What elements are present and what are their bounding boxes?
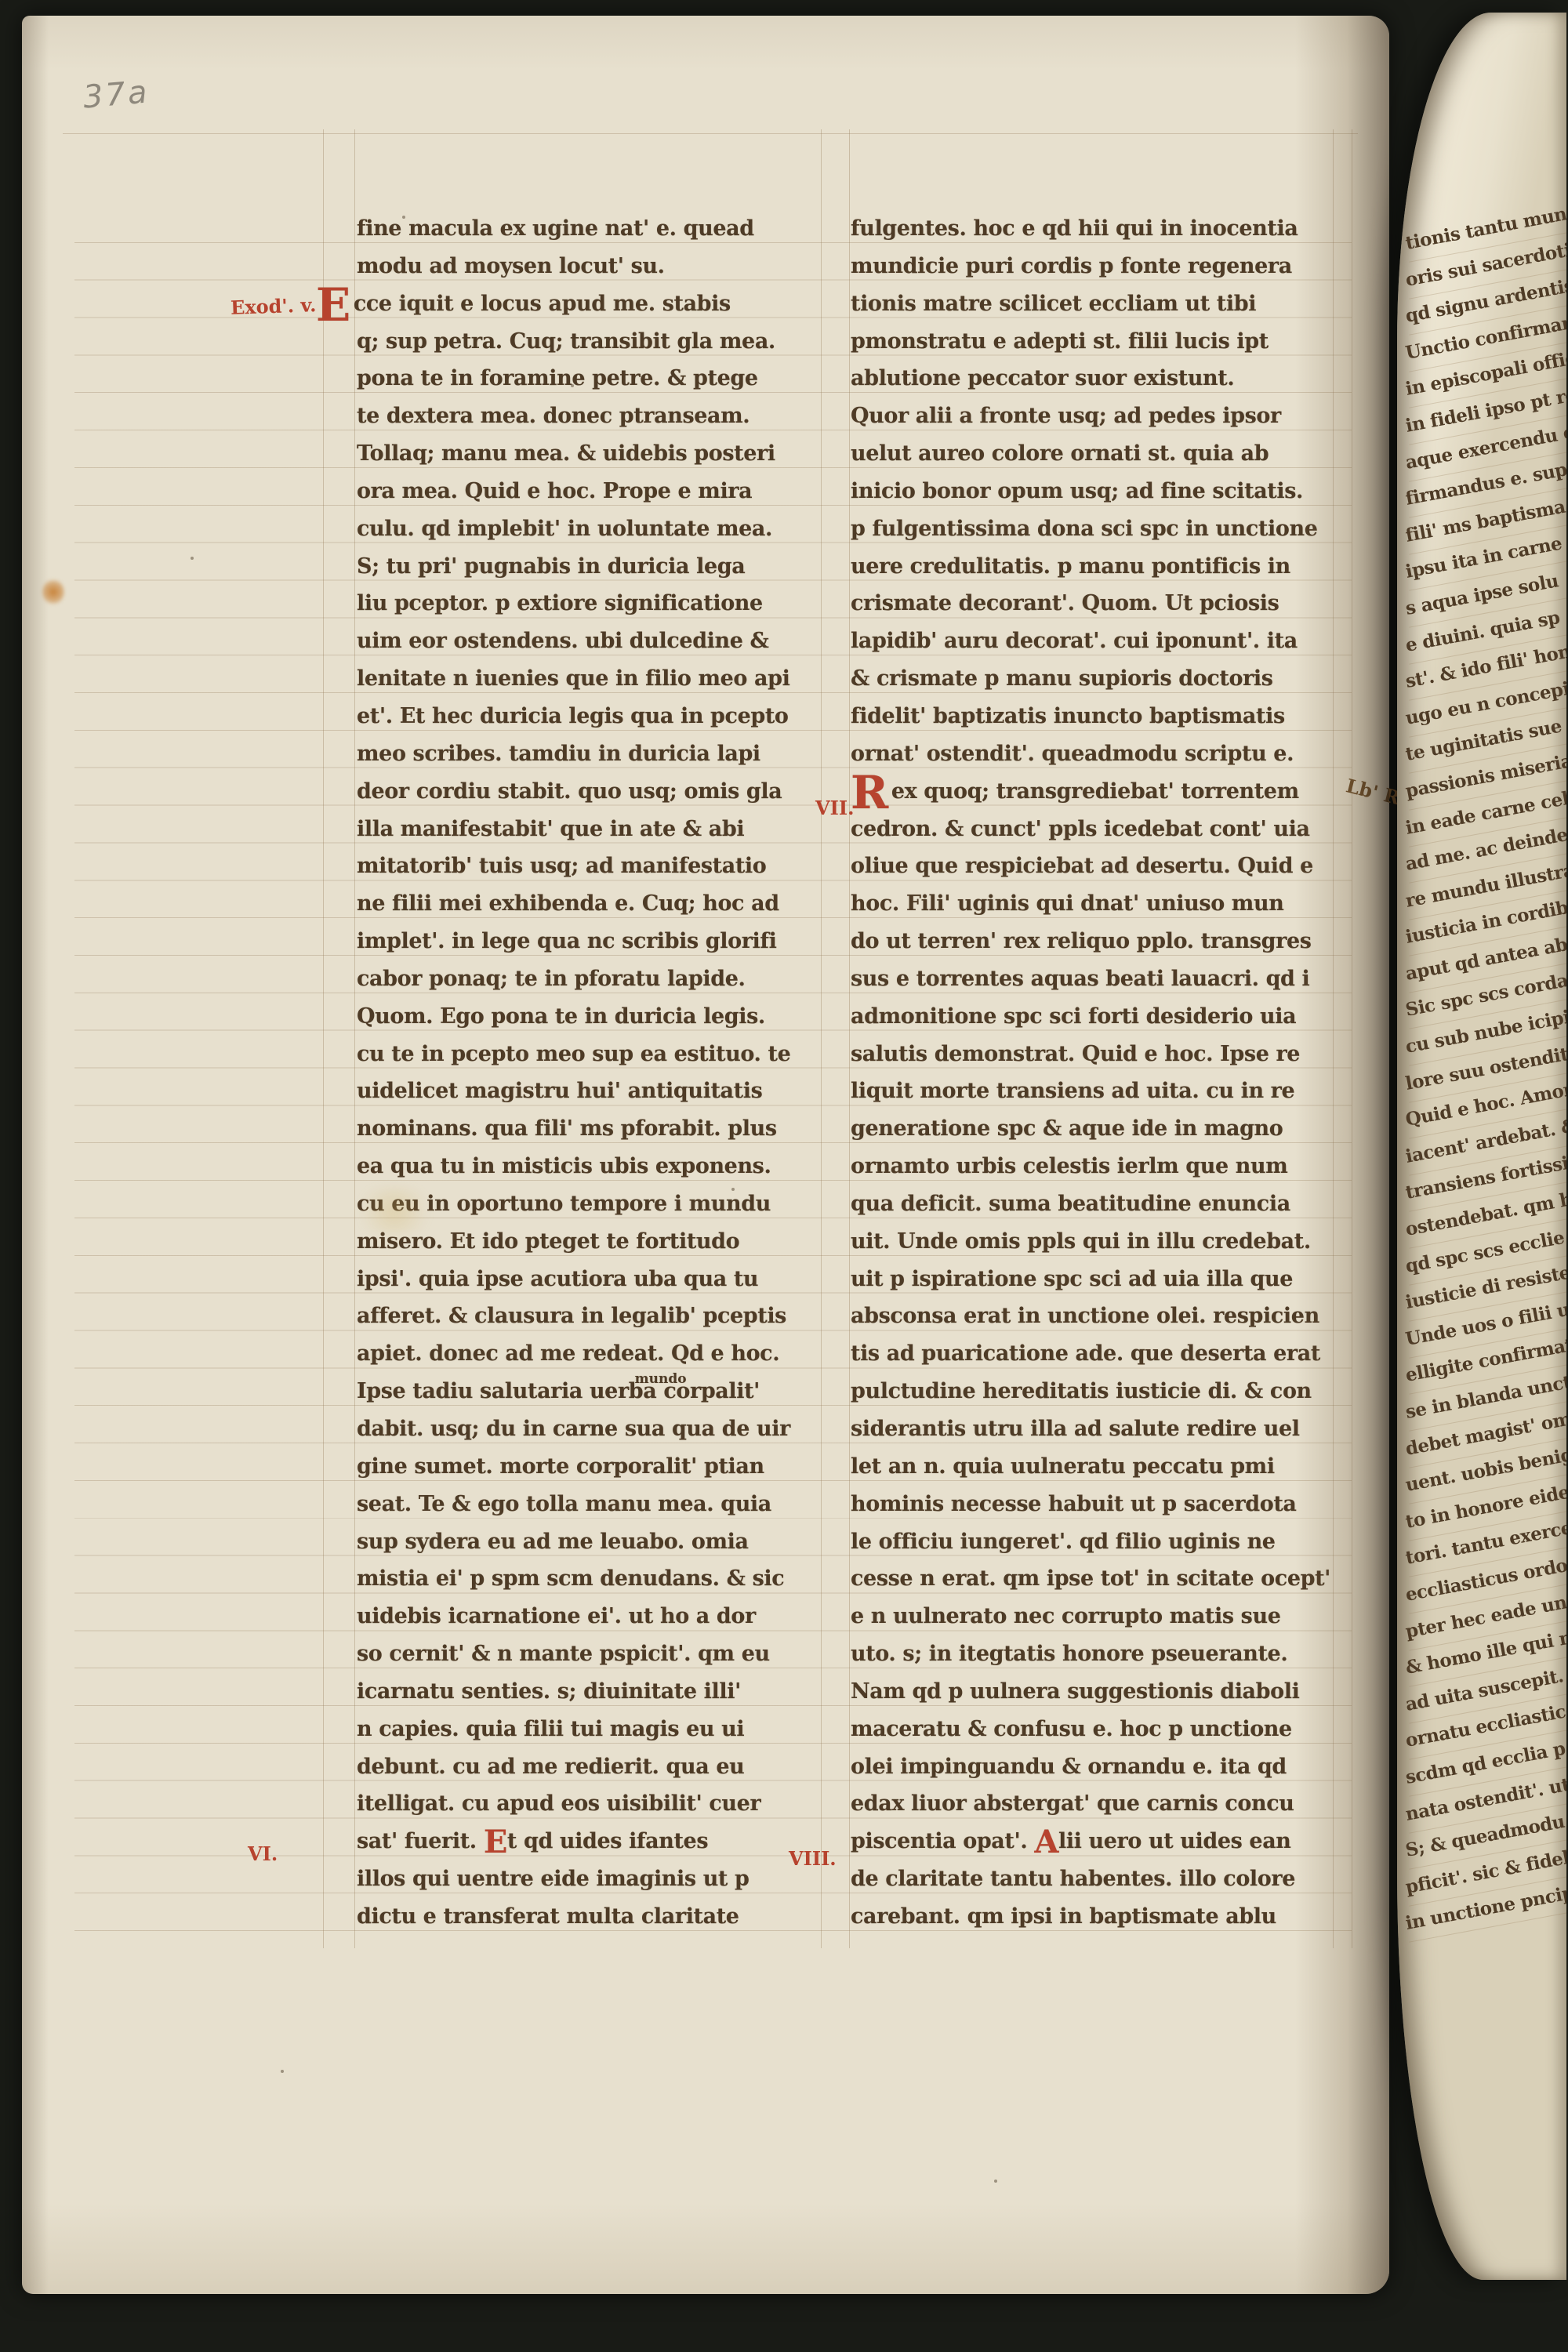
text-line: apiet. donec ad me redeat. Qd e hoc. bbox=[357, 1335, 805, 1373]
chapter-number-vi: VI. bbox=[248, 1842, 278, 1865]
text-line: hominis necesse habuit ut p sacerdota bbox=[851, 1486, 1343, 1523]
text-line: pmonstratu e adepti st. filii lucis ipt bbox=[851, 323, 1343, 361]
text-line: fulgentes. hoc e qd hii qui in inocentia bbox=[851, 210, 1343, 248]
text-line: ne filii mei exhibenda e. Cuq; hoc ad bbox=[357, 885, 805, 923]
text-line: le officiu iungeret'. qd filio uginis ne bbox=[851, 1523, 1343, 1561]
stain bbox=[42, 579, 64, 605]
text-line: Nam qd p uulnera suggestionis diaboli bbox=[851, 1673, 1343, 1711]
text-line: ablutione peccator suor existunt. bbox=[851, 360, 1343, 397]
text-line: so cernit' & n mante pspicit'. qm eu bbox=[357, 1635, 805, 1673]
speck bbox=[994, 2180, 997, 2183]
text-line: pulctudine hereditatis iusticie di. & co… bbox=[851, 1373, 1343, 1410]
text-line: te dextera mea. donec ptranseam. bbox=[357, 397, 805, 435]
text-line: illa manifestabit' que in ate & abi bbox=[357, 811, 805, 848]
text-column-1: fine macula ex ugine nat' e. queadmodu a… bbox=[357, 210, 805, 1936]
next-page-text: tionis tantu mundatoris sui sacerdotis n… bbox=[1406, 226, 1566, 1943]
text-line: de claritate tantu habentes. illo colore bbox=[851, 1860, 1343, 1898]
text-line: e n uulnerato nec corrupto matis sue bbox=[851, 1598, 1343, 1635]
text-line: lenitate n iuenies que in filio meo api bbox=[357, 660, 805, 698]
text-line: ora mea. Quid e hoc. Prope e mira bbox=[357, 473, 805, 510]
speck bbox=[281, 2070, 284, 2073]
text-line: maceratu & confusu e. hoc p unctione bbox=[851, 1711, 1343, 1748]
text-line: cesse n erat. qm ipse tot' in scitate oc… bbox=[851, 1560, 1343, 1598]
text-line: ea qua tu in misticis ubis exponens. bbox=[357, 1148, 805, 1185]
text-line: uim eor ostendens. ubi dulcedine & bbox=[357, 622, 805, 660]
text-line: fidelit' baptizatis inuncto baptismatis bbox=[851, 698, 1343, 735]
text-line: olei impinguandu & ornandu e. ita qd bbox=[851, 1748, 1343, 1786]
speck bbox=[731, 1188, 735, 1191]
text-line: fine macula ex ugine nat' e. quead bbox=[357, 210, 805, 248]
folio-number: 37a bbox=[82, 74, 151, 115]
rubric-initial: A bbox=[1034, 1824, 1058, 1860]
text-line: et'. Et hec duricia legis qua in pcepto bbox=[357, 698, 805, 735]
text-line: uit. Unde omis ppls qui in illu credebat… bbox=[851, 1223, 1343, 1261]
rubric-exodus-note: Exod'. v. bbox=[230, 293, 317, 319]
text-line: qua deficit. suma beatitudine enuncia bbox=[851, 1185, 1343, 1223]
ruling-vertical-line bbox=[323, 129, 324, 1948]
text-line: uelut aureo colore ornati st. quia ab bbox=[851, 435, 1343, 473]
manuscript-photo: { "photo": { "background_color": "#191b1… bbox=[0, 0, 1568, 2352]
text-line: lapidib' auru decorat'. cui iponunt'. it… bbox=[851, 622, 1343, 660]
text-line: n capies. quia filii tui magis eu ui bbox=[357, 1711, 805, 1748]
text-line: debunt. cu ad me redierit. qua eu bbox=[357, 1748, 805, 1786]
text-line: cu te in pcepto meo sup ea estituo. te bbox=[357, 1036, 805, 1073]
text-line: absconsa erat in unctione olei. respicie… bbox=[851, 1298, 1343, 1335]
text-line: do ut terren' rex reliquo pplo. transgre… bbox=[851, 923, 1343, 960]
text-line: siderantis utru illa ad salute redire ue… bbox=[851, 1410, 1343, 1448]
text-line: liquit morte transiens ad uita. cu in re bbox=[851, 1073, 1343, 1110]
text-line: hoc. Fili' uginis qui dnat' uniuso mun bbox=[851, 885, 1343, 923]
rubric-initial: E bbox=[316, 278, 350, 332]
stain bbox=[351, 1188, 437, 1235]
ruling-vertical-line bbox=[1352, 129, 1352, 1948]
text-line: q; sup petra. Cuq; transibit gla mea. bbox=[357, 323, 805, 361]
text-line: S; tu pri' pugnabis in duricia lega bbox=[357, 548, 805, 586]
text-line: cabor ponaq; te in pforatu lapide. bbox=[357, 960, 805, 998]
text-line: afferet. & clausura in legalib' pceptis bbox=[357, 1298, 805, 1335]
text-line: uidebis icarnatione ei'. ut ho a dor bbox=[357, 1598, 805, 1635]
text-line: tionis matre scilicet eccliam ut tibi bbox=[851, 285, 1343, 323]
rubric-initial: E bbox=[484, 1824, 507, 1860]
text-line: let an n. quia uulneratu peccatu pmi bbox=[851, 1448, 1343, 1486]
text-line: uto. s; in itegtatis honore pseuerante. bbox=[851, 1635, 1343, 1673]
text-line: inicio bonor opum usq; ad fine scitatis. bbox=[851, 473, 1343, 510]
text-line: & crismate p manu supioris doctoris bbox=[851, 660, 1343, 698]
text-line: uere credulitatis. p manu pontificis in bbox=[851, 548, 1343, 586]
ruling-top-line bbox=[63, 133, 1358, 134]
text-line: edax liuor abstergat' que carnis concu bbox=[851, 1785, 1343, 1823]
text-line: crismate decorant'. Quom. Ut pciosis bbox=[851, 585, 1343, 622]
text-line: p fulgentissima dona sci spc in unctione bbox=[851, 510, 1343, 548]
text-line: dictu e transferat multa claritate bbox=[357, 1898, 805, 1936]
text-line: Ecce iquit e locus apud me. stabis bbox=[357, 285, 805, 323]
ruling-vertical-line bbox=[821, 129, 822, 1948]
interlinear-gloss: mundo bbox=[635, 1361, 687, 1399]
text-line: implet'. in lege qua nc scribis glorifi bbox=[357, 923, 805, 960]
text-line: generatione spc & aque ide in magno bbox=[851, 1110, 1343, 1148]
text-line: nominans. qua fili' ms pforabit. plus bbox=[357, 1110, 805, 1148]
text-line: piscentia opat'. Alii uero ut uides ean bbox=[851, 1823, 1343, 1860]
text-line: illos qui uentre eide imaginis ut p bbox=[357, 1860, 805, 1898]
text-line: carebant. qm ipsi in baptismate ablu bbox=[851, 1898, 1343, 1936]
text-line: gine sumet. morte corporalit' ptian bbox=[357, 1448, 805, 1486]
text-line: seat. Te & ego tolla manu mea. quia bbox=[357, 1486, 805, 1523]
ruling-vertical-line bbox=[354, 129, 355, 1948]
text-line: modu ad moysen locut' su. bbox=[357, 248, 805, 285]
speck bbox=[191, 557, 194, 560]
text-line: pona te in foramine petre. & ptege bbox=[357, 360, 805, 397]
chapter-number-vii: VII. bbox=[815, 797, 854, 819]
text-line: admonitione spc sci forti desiderio uia bbox=[851, 998, 1343, 1036]
text-line: mitatorib' tuis usq; ad manifestatio bbox=[357, 848, 805, 885]
text-line: tis ad puaricatione ade. que deserta era… bbox=[851, 1335, 1343, 1373]
text-line: Ipse tadiu salutaria uerba corpalit'mund… bbox=[357, 1373, 805, 1410]
text-line: liu pceptor. p extiore significatione bbox=[357, 585, 805, 622]
text-line: cedron. & cunct' ppls icedebat cont' uia bbox=[851, 811, 1343, 848]
text-line: icarnatu senties. s; diuinitate illi' bbox=[357, 1673, 805, 1711]
text-line: sat' fuerit. Et qd uides ifantes bbox=[357, 1823, 805, 1860]
text-line: ipsi'. quia ipse acutiora uba qua tu bbox=[357, 1261, 805, 1298]
manuscript-page: 37a Exod'. v. VI. VII. VIII. Lb' Reg' fi… bbox=[22, 16, 1389, 2294]
text-line: dabit. usq; du in carne sua qua de uir bbox=[357, 1410, 805, 1448]
text-line: deor cordiu stabit. quo usq; omis gla bbox=[357, 773, 805, 811]
text-line: Tollaq; manu mea. & uidebis posteri bbox=[357, 435, 805, 473]
text-line: sus e torrentes aquas beati lauacri. qd … bbox=[851, 960, 1343, 998]
text-line: uit p ispiratione spc sci ad uia illa qu… bbox=[851, 1261, 1343, 1298]
text-line: mistia ei' p spm scm denudans. & sic bbox=[357, 1560, 805, 1598]
text-line: mundicie puri cordis p fonte regenera bbox=[851, 248, 1343, 285]
speck bbox=[402, 216, 405, 219]
text-line: misero. Et ido pteget te fortitudo bbox=[357, 1223, 805, 1261]
text-line: meo scribes. tamdiu in duricia lapi bbox=[357, 735, 805, 773]
text-line: ornamto urbis celestis ierlm que num bbox=[851, 1148, 1343, 1185]
text-line: uidelicet magistru hui' antiquitatis bbox=[357, 1073, 805, 1110]
text-column-2: fulgentes. hoc e qd hii qui in inocentia… bbox=[851, 210, 1343, 1936]
text-line: culu. qd implebit' in uoluntate mea. bbox=[357, 510, 805, 548]
text-line: Rex quoq; transgrediebat' torrentem bbox=[851, 773, 1343, 811]
next-page-edge: tionis tantu mundatoris sui sacerdotis n… bbox=[1397, 13, 1566, 2280]
text-line: Quor alii a fronte usq; ad pedes ipsor bbox=[851, 397, 1343, 435]
text-line: oliue que respiciebat ad desertu. Quid e bbox=[851, 848, 1343, 885]
text-line: itelligat. cu apud eos uisibilit' cuer bbox=[357, 1785, 805, 1823]
text-line: ornat' ostendit'. queadmodu scriptu e. bbox=[851, 735, 1343, 773]
text-line: sup sydera eu ad me leuabo. omia bbox=[357, 1523, 805, 1561]
text-line: salutis demonstrat. Quid e hoc. Ipse re bbox=[851, 1036, 1343, 1073]
ruling-vertical-line bbox=[849, 129, 850, 1948]
text-line: Quom. Ego pona te in duricia legis. bbox=[357, 998, 805, 1036]
speck bbox=[571, 384, 574, 387]
